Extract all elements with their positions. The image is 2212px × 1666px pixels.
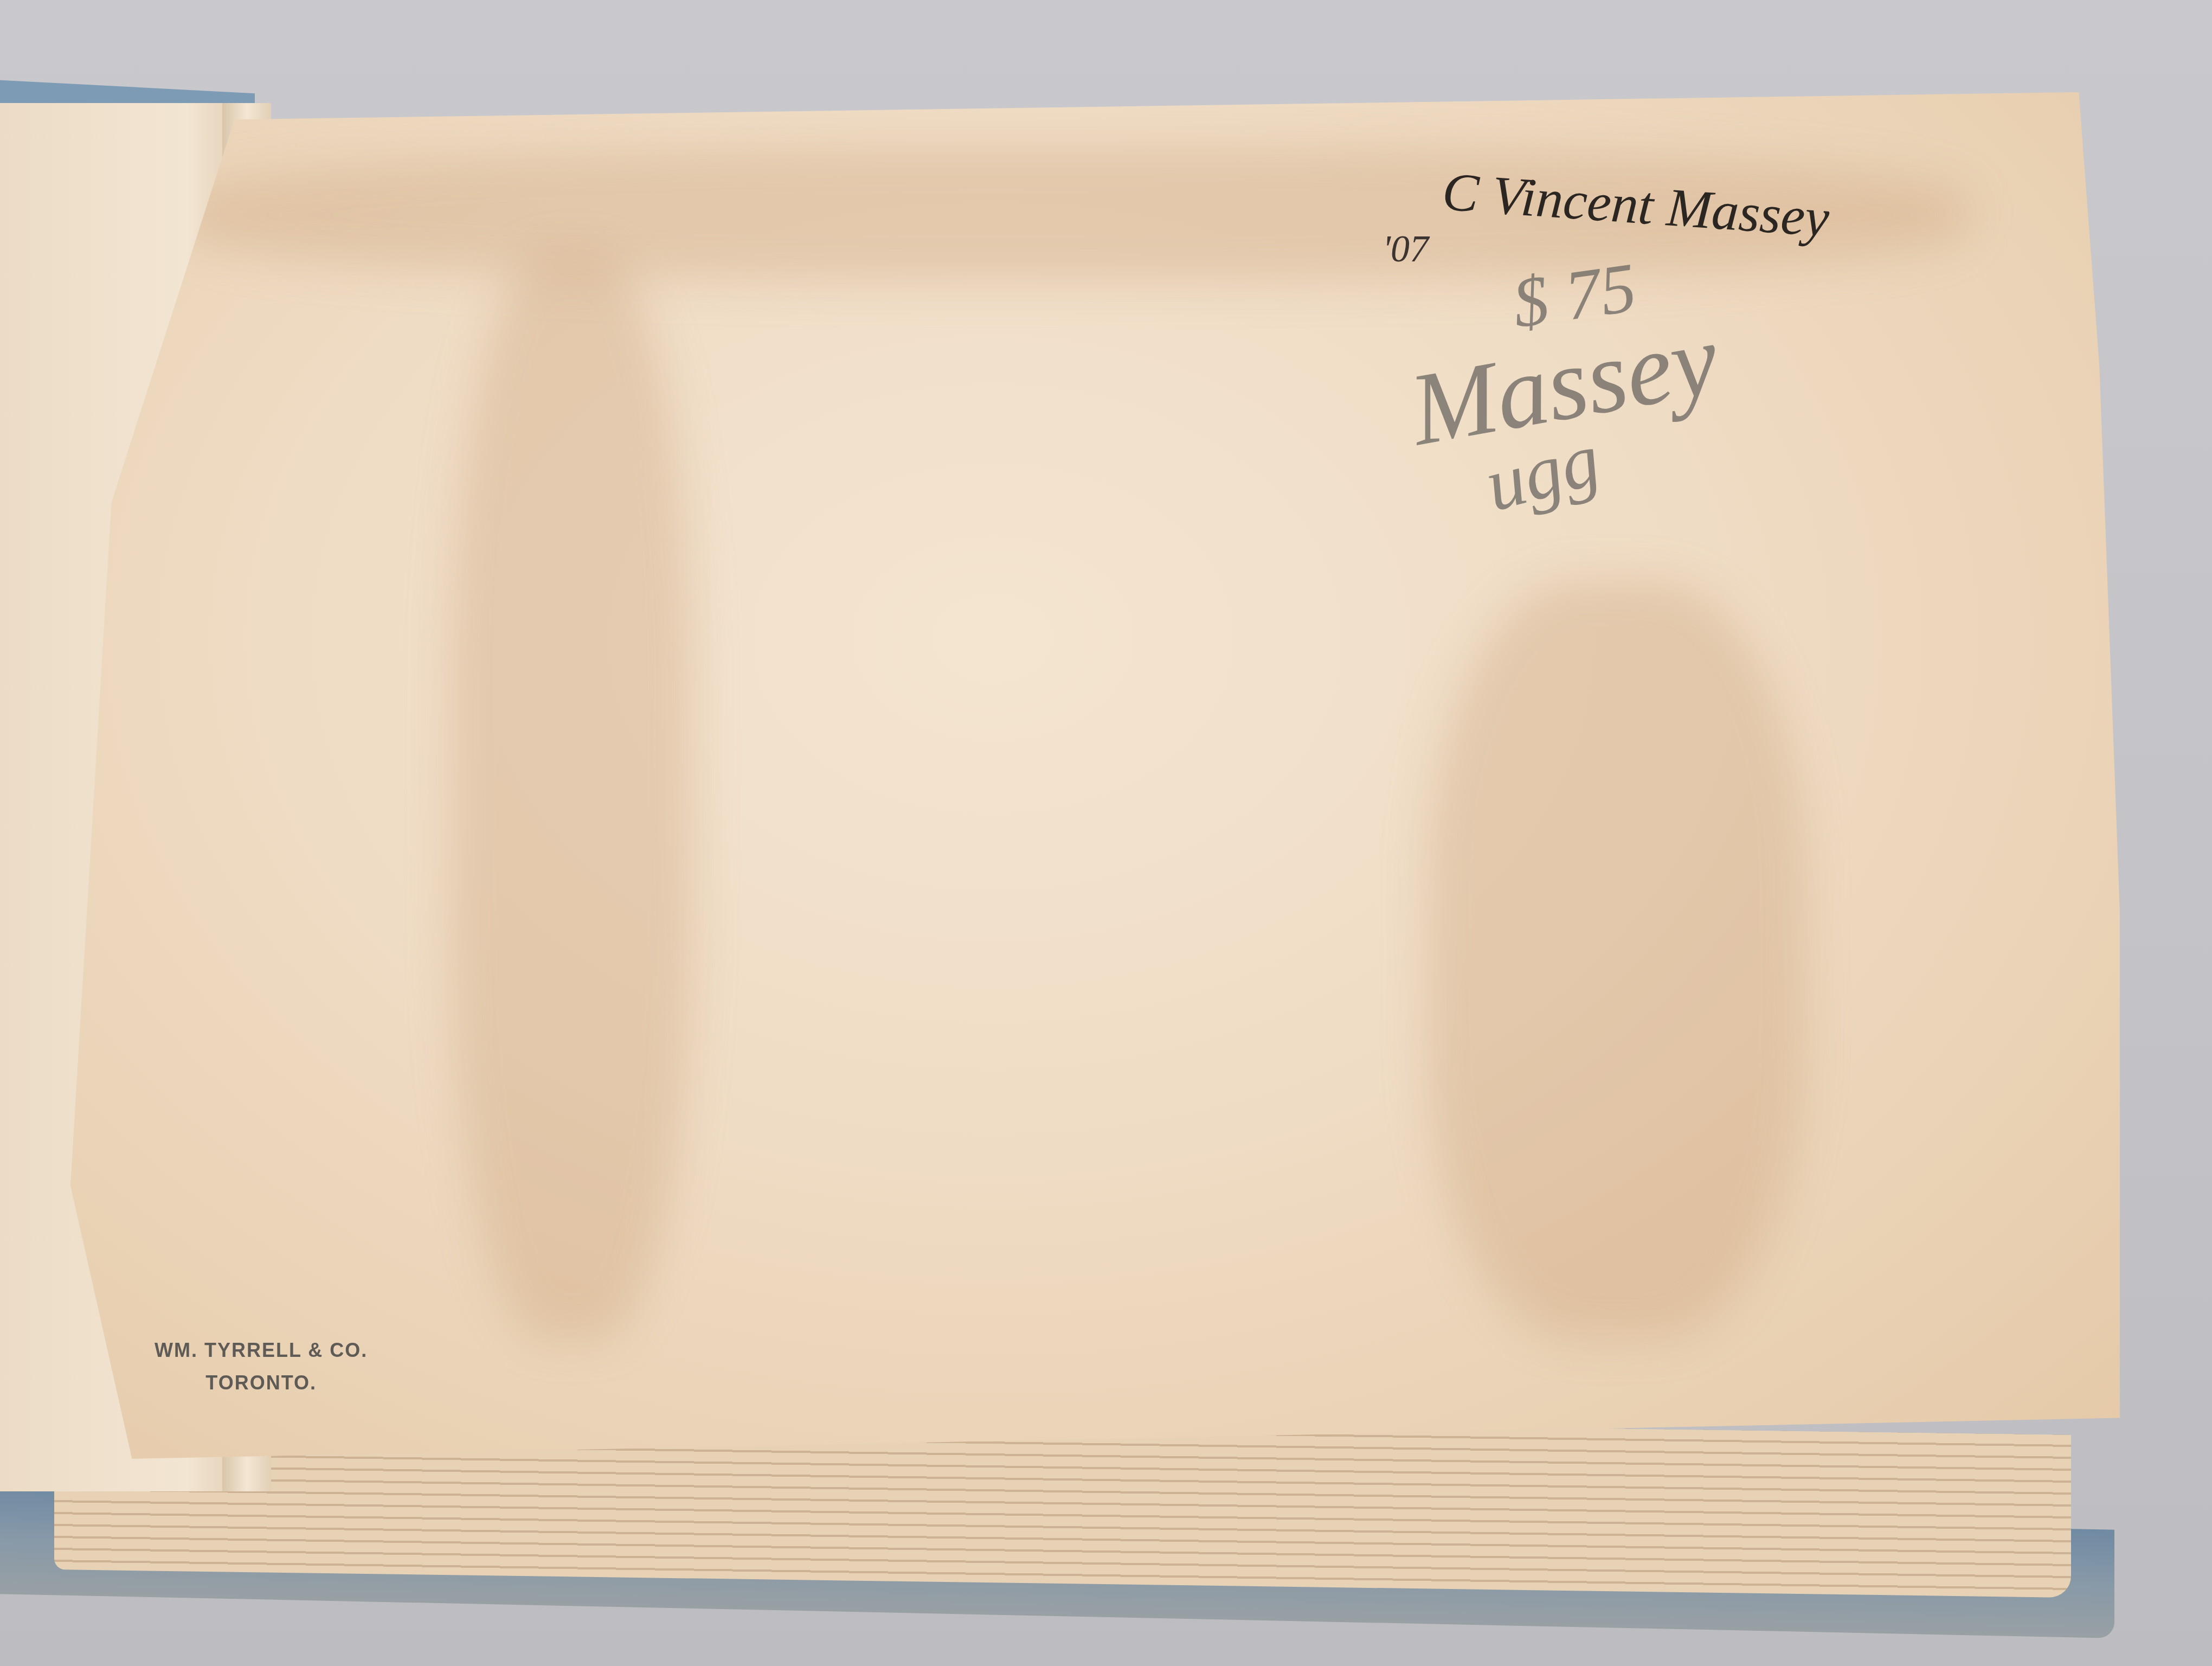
stamp-line-1: WM. TYRRELL & CO. — [155, 1334, 368, 1367]
bookseller-stamp: WM. TYRRELL & CO. TORONTO. — [155, 1334, 368, 1399]
ink-year: '07 — [1382, 228, 1429, 271]
foxing-stain — [1426, 580, 1805, 1340]
stamp-line-2: TORONTO. — [155, 1367, 368, 1399]
foxing-stain — [450, 255, 694, 1340]
right-flyleaf — [70, 92, 2120, 1459]
